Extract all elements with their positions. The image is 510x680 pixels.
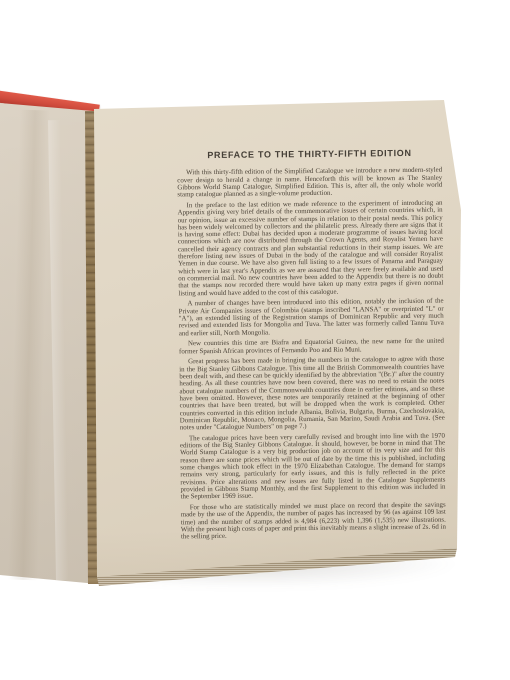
photo-background: PREFACE TO THE THIRTY-FIFTH EDITION With…	[0, 0, 510, 680]
preface-paragraph-7: For those who are statistically minded w…	[181, 502, 446, 541]
page-title: PREFACE TO THE THIRTY-FIFTH EDITION	[177, 150, 442, 160]
preface-paragraph-5: Great progress has been made in bringing…	[179, 356, 445, 432]
preface-paragraph-3: A number of changes have been introduced…	[179, 298, 444, 337]
preface-text: PREFACE TO THE THIRTY-FIFTH EDITION With…	[177, 150, 446, 545]
preface-paragraph-4: New countries this time are Biafra and E…	[179, 338, 444, 355]
preface-paragraph-2: In the preface to the last edition we ma…	[177, 200, 443, 298]
preface-paragraph-6: The catalogue prices have been very care…	[180, 432, 446, 500]
preface-paragraph-1: With this thirty-fifth edition of the Si…	[177, 167, 442, 199]
